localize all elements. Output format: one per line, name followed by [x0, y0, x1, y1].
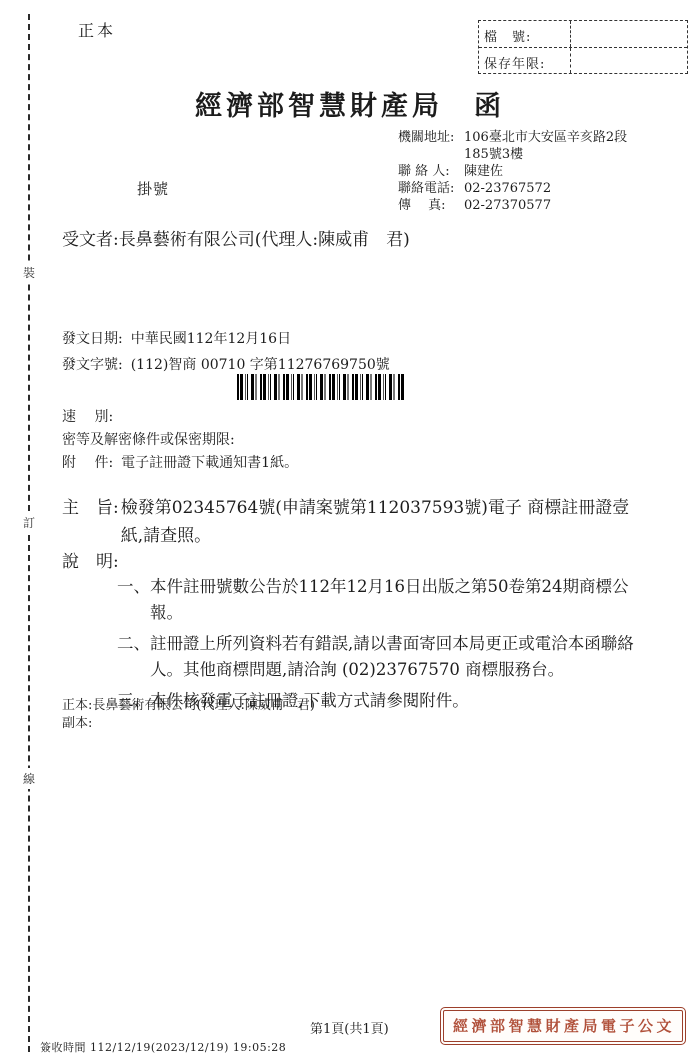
subject-label: 主 旨:: [62, 494, 119, 550]
agency-phone-value: 02-23767572: [464, 180, 551, 197]
subject-block: 主 旨: 檢發第02345764號(申請案號第112037593號)電子 商標註…: [62, 494, 636, 550]
security-label: 密等及解密條件或保密期限:: [62, 432, 235, 448]
attachment-label: 附 件:: [62, 455, 113, 471]
agency-address-row: 機關地址: 106臺北市大安區辛亥路2段185號3樓: [398, 129, 632, 163]
agency-phone-row: 聯絡電話: 02-23767572: [398, 180, 632, 197]
recipient-value: 長鼻藝術有限公司(代理人:陳威甫 君): [119, 227, 411, 254]
electronic-document-stamp: 經濟部智慧財產局電子公文: [440, 1007, 686, 1045]
item-1-marker: 一、: [117, 574, 150, 626]
distribution-original-row: 正本: 長鼻藝術有限公司(代理人:陳威甫 君): [62, 697, 315, 715]
explanation-item-1: 一、 本件註冊號數公告於112年12月16日出版之第50卷第24期商標公報。: [117, 574, 645, 626]
item-1-text: 本件註冊號數公告於112年12月16日出版之第50卷第24期商標公報。: [150, 574, 645, 626]
recipient-label: 受文者:: [62, 227, 119, 254]
agency-contact-label: 聯 絡 人:: [398, 163, 464, 180]
distribution-original-value: 長鼻藝術有限公司(代理人:陳威甫 君): [92, 697, 315, 715]
agency-fax-value: 02-27370577: [464, 197, 551, 214]
barcode: [237, 374, 405, 400]
speed-label: 速 別:: [62, 409, 113, 425]
doc-number-value: (112)智商 00710 字第11276769750號: [131, 357, 390, 373]
agency-address-label: 機關地址:: [398, 129, 464, 163]
agency-contact-row: 聯 絡 人: 陳建佐: [398, 163, 632, 180]
retention-value: [571, 48, 687, 73]
margin-mark-thread: 線: [19, 768, 39, 789]
explanation-item-2: 二、 註冊證上所列資料若有錯誤,請以書面寄回本局更正或電洽本函聯絡人。其他商標問…: [117, 631, 645, 683]
speed-row: 速 別:: [62, 406, 113, 426]
distribution-copy-label: 副本:: [62, 715, 92, 733]
file-number-value: [571, 21, 687, 47]
agency-fax-row: 傳 真: 02-27370577: [398, 197, 632, 214]
agency-info-block: 機關地址: 106臺北市大安區辛亥路2段185號3樓 聯 絡 人: 陳建佐 聯絡…: [398, 129, 632, 214]
explanation-label: 說 明:: [62, 547, 119, 572]
receipt-time: 簽收時間 112/12/19(2023/12/19) 19:05:28: [40, 1039, 286, 1055]
distribution-original-label: 正本:: [62, 697, 92, 715]
subject-text: 檢發第02345764號(申請案號第112037593號)電子 商標註冊證壹紙,…: [121, 494, 636, 550]
file-number-label: 檔 號:: [479, 21, 571, 47]
margin-mark-bind: 裝: [19, 262, 39, 283]
issue-date-label: 發文日期:: [62, 331, 123, 347]
retention-row: 保存年限:: [479, 47, 687, 73]
recipient-block: 受文者: 長鼻藝術有限公司(代理人:陳威甫 君): [62, 227, 411, 254]
agency-phone-label: 聯絡電話:: [398, 180, 464, 197]
margin-mark-staple: 訂: [19, 512, 39, 533]
file-number-box: 檔 號: 保存年限:: [478, 20, 688, 74]
agency-fax-label: 傳 真:: [398, 197, 464, 214]
retention-label: 保存年限:: [479, 48, 571, 73]
item-2-marker: 二、: [117, 631, 150, 683]
agency-address-value: 106臺北市大安區辛亥路2段185號3樓: [464, 129, 632, 163]
distribution-copy-row: 副本:: [62, 715, 92, 733]
attachment-value: 電子註冊證下載通知書1紙。: [121, 455, 298, 471]
doc-number-label: 發文字號:: [62, 357, 123, 373]
registered-mail-label: 掛號: [137, 178, 169, 199]
agency-contact-value: 陳建佐: [464, 163, 503, 180]
binding-dashed-line: [28, 14, 30, 1052]
issue-date-value: 中華民國112年12月16日: [131, 331, 291, 347]
copy-type-label: 正本: [78, 18, 116, 41]
page-number: 第1頁(共1頁): [310, 1018, 389, 1037]
issue-date-row: 發文日期:中華民國112年12月16日: [62, 328, 291, 348]
file-number-row: 檔 號:: [479, 21, 687, 47]
document-title: 經濟部智慧財產局 函: [0, 84, 700, 123]
attachment-row: 附 件:電子註冊證下載通知書1紙。: [62, 452, 298, 472]
security-row: 密等及解密條件或保密期限:: [62, 429, 235, 449]
doc-number-row: 發文字號:(112)智商 00710 字第11276769750號: [62, 354, 390, 374]
item-2-text: 註冊證上所列資料若有錯誤,請以書面寄回本局更正或電洽本函聯絡人。其他商標問題,請…: [150, 631, 645, 683]
